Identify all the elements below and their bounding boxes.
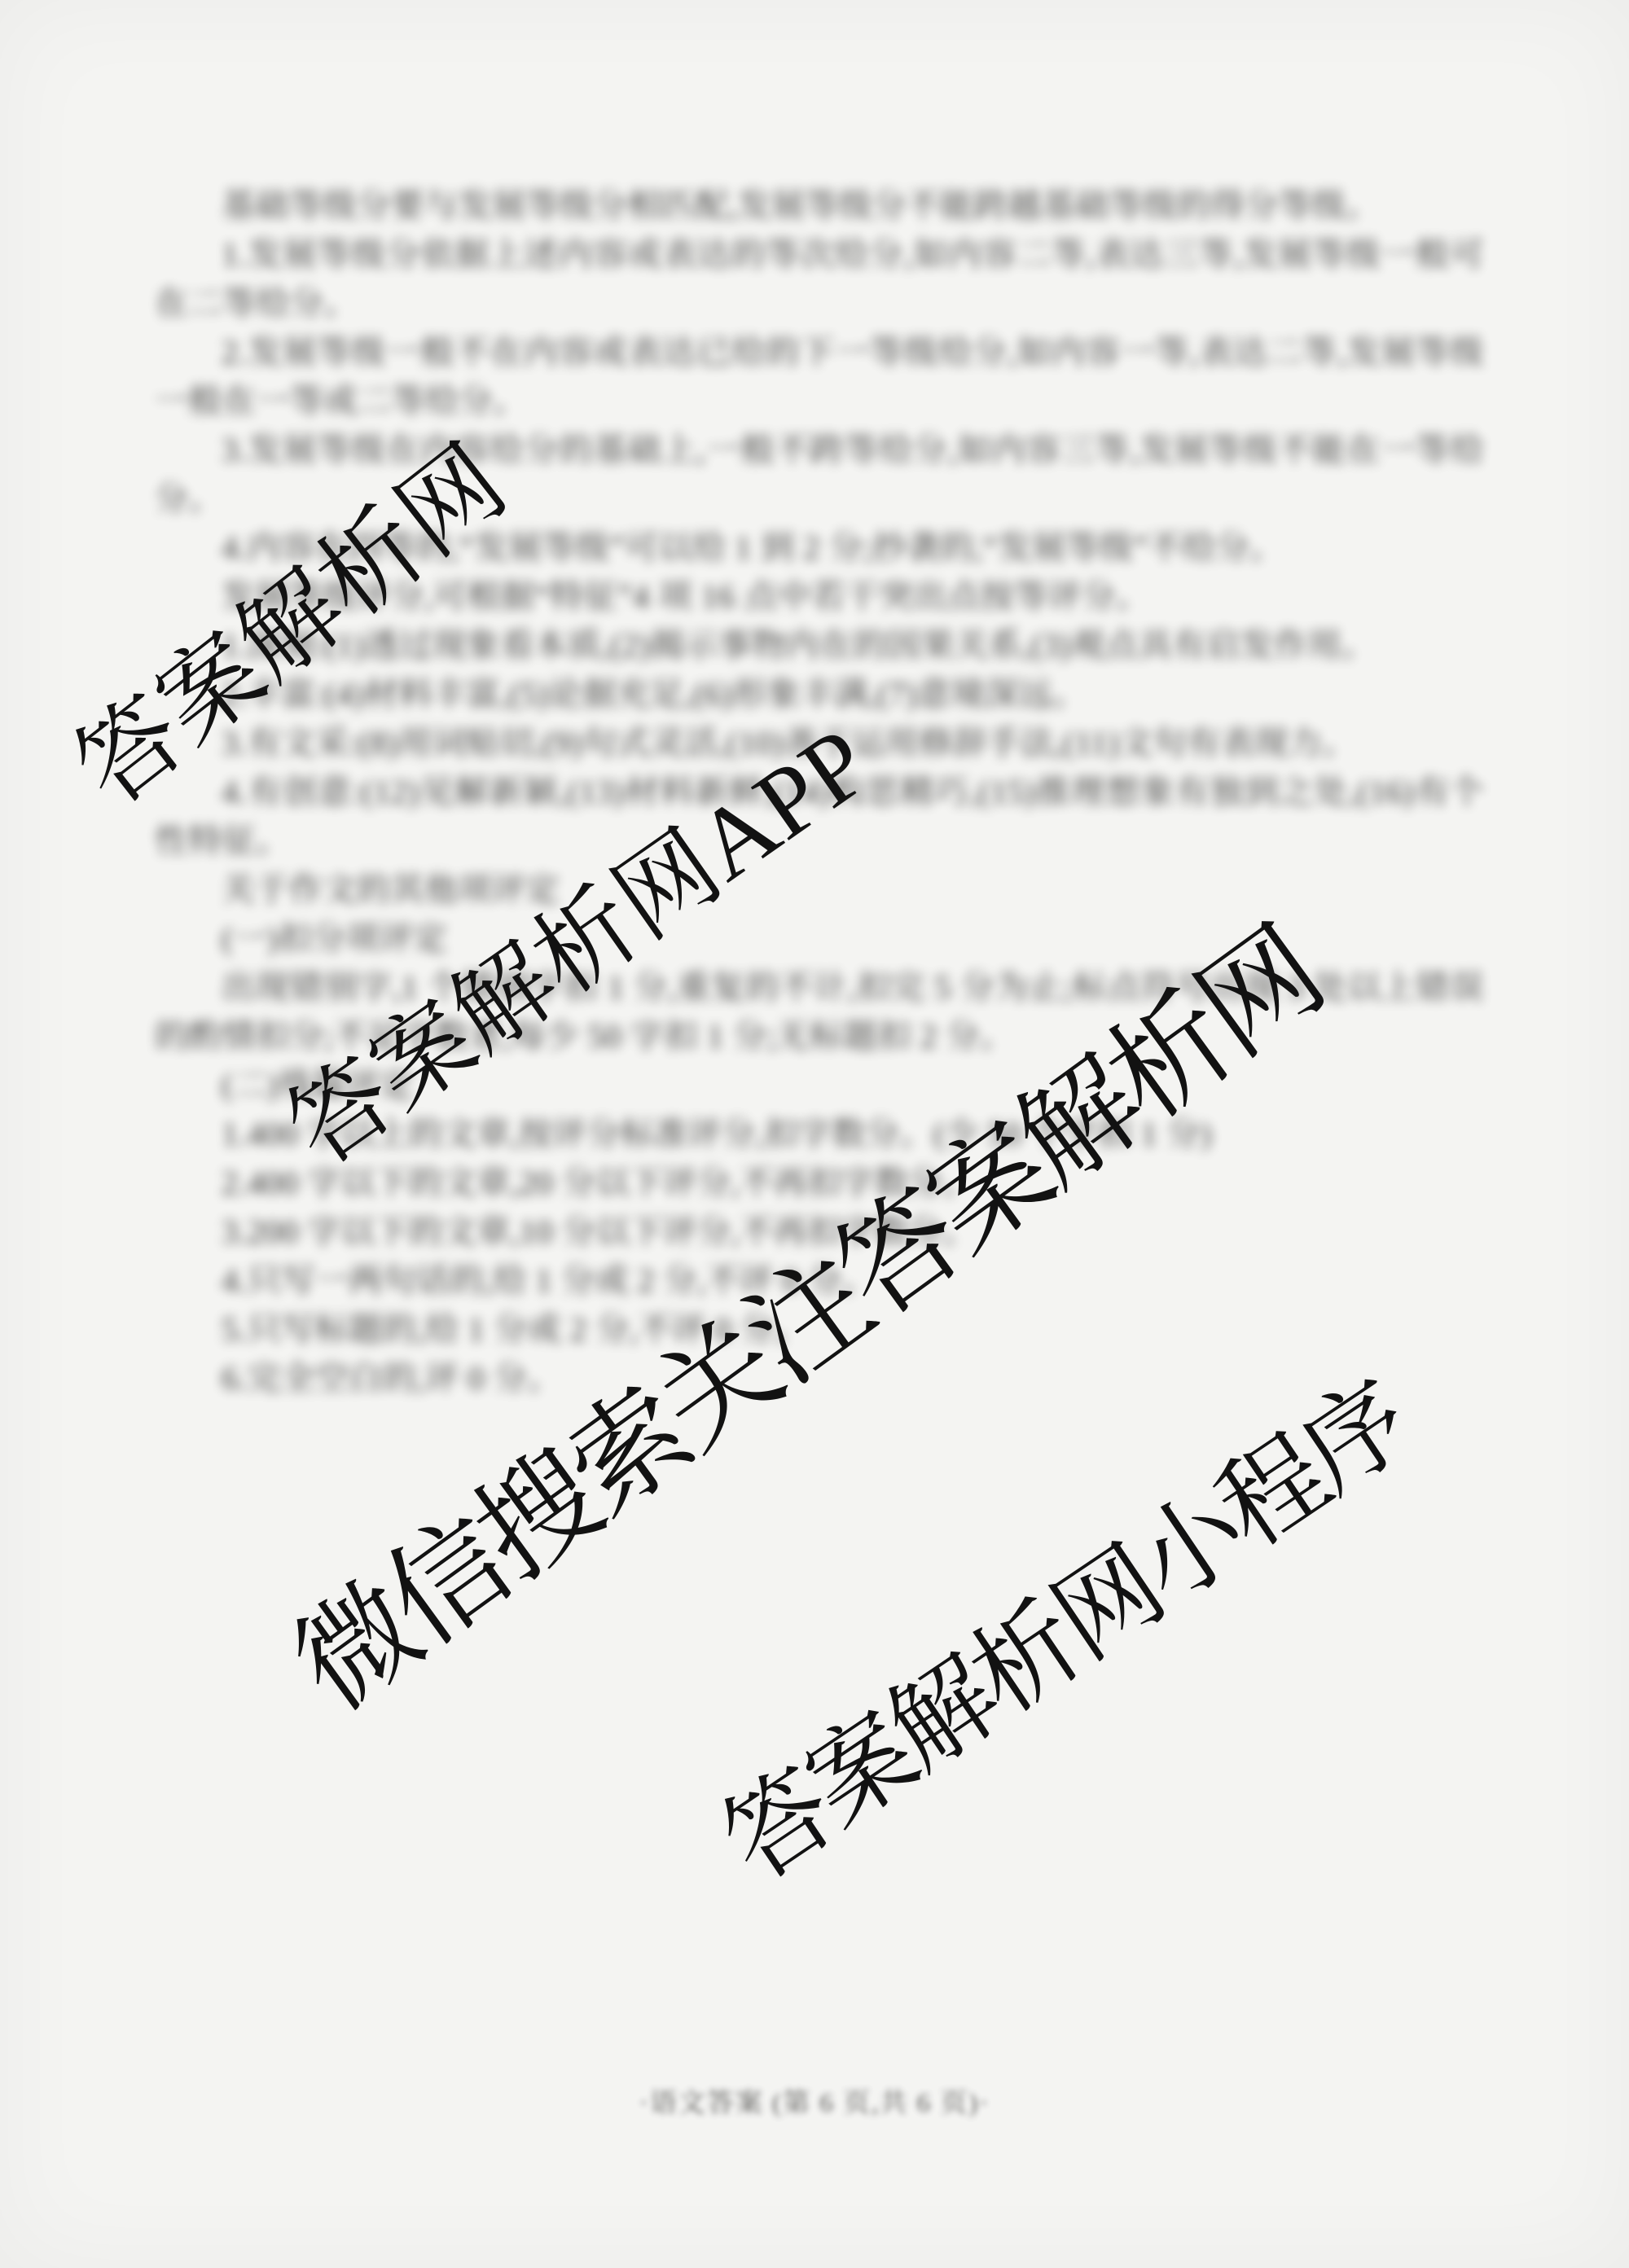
watermark-mini-program: 答案解析网小程序	[707, 1367, 1425, 1897]
rubric-paragraph: 基础等级分要与发展等级分相匹配,发展等级分不能跨越基础等级的得分等级。	[155, 181, 1484, 230]
rubric-paragraph: 关于作文的其他项评定	[155, 865, 1484, 914]
page-footer: ·语文答案 (第 6 页,共 6 页)·	[0, 2082, 1629, 2120]
answer-sheet-page: 基础等级分要与发展等级分相匹配,发展等级分不能跨越基础等级的得分等级。1.发展等…	[0, 0, 1629, 2268]
rubric-paragraph: 1.发展等级分依据上述内容或表达的等次给分,如内容二等,表达三等,发展等级一般可…	[155, 230, 1484, 327]
rubric-paragraph: 2.发展等级一般不在内容或表达已给的下一等级给分,如内容一等,表达二等,发展等级…	[155, 327, 1484, 425]
